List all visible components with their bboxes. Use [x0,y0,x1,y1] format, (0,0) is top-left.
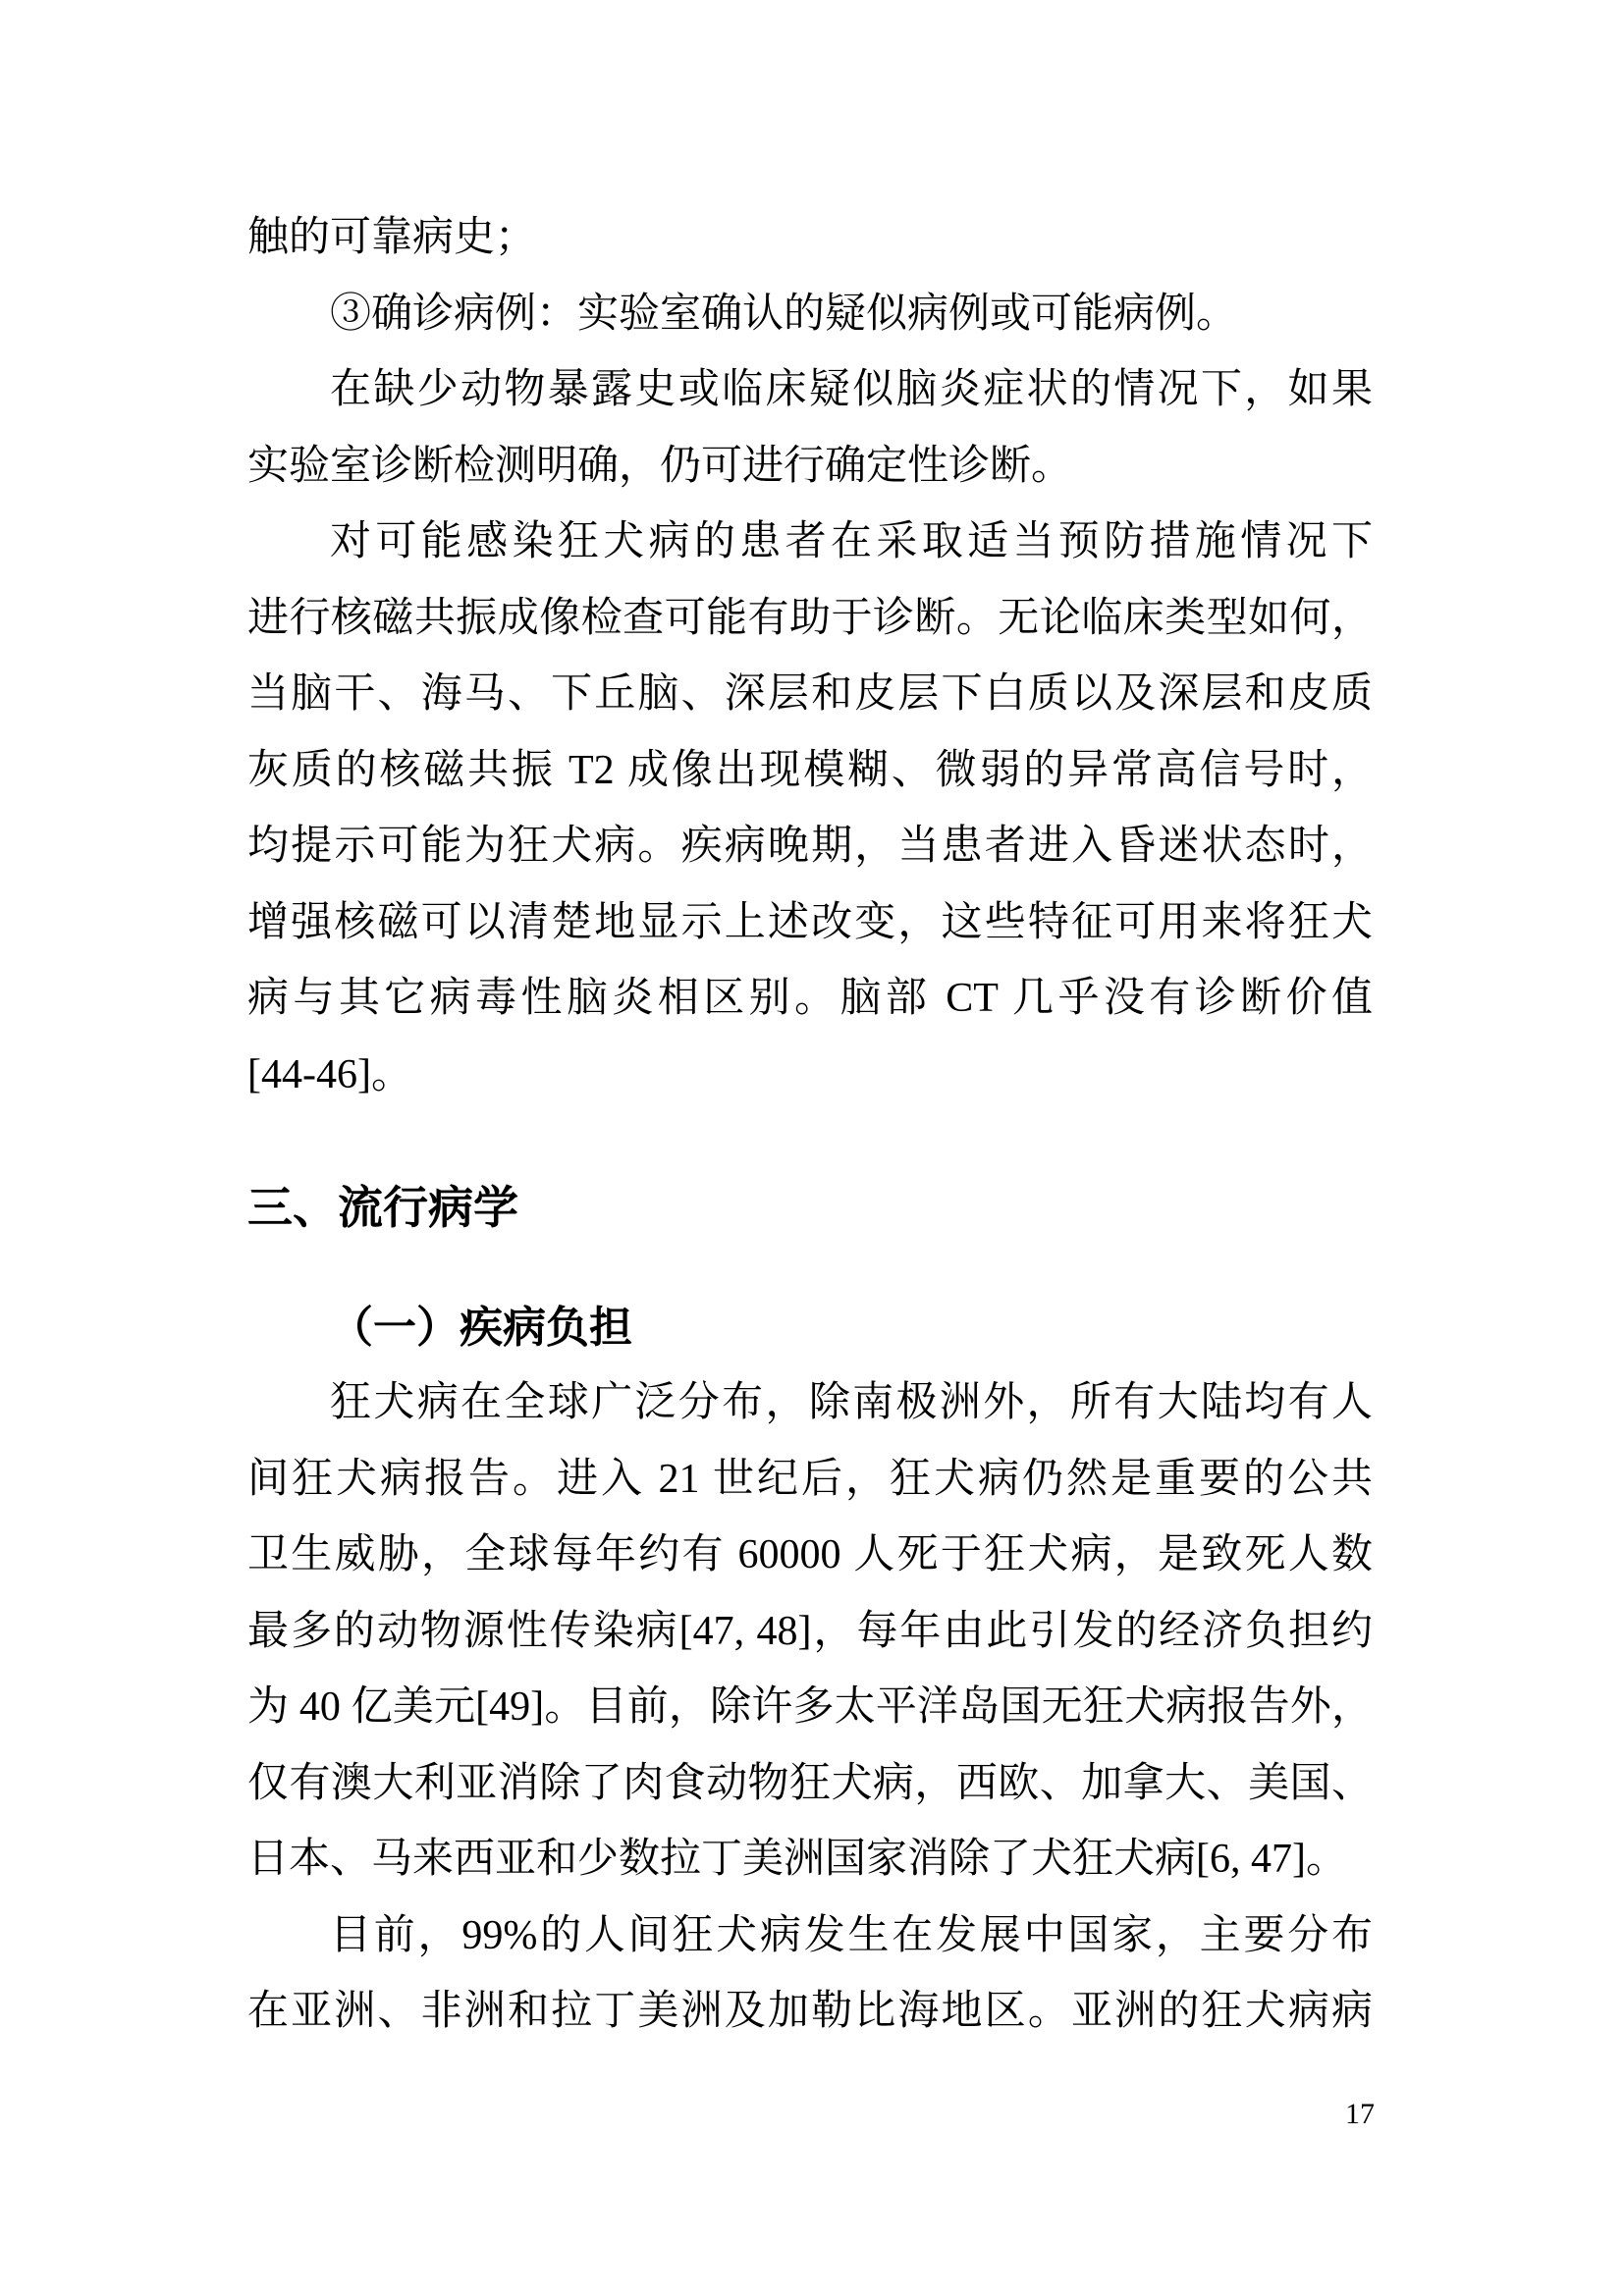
body-line: 灰质的核磁共振 T2 成像出现模糊、微弱的异常高信号时， [247,733,1373,810]
body-line: 日本、马来西亚和少数拉丁美洲国家消除了犬狂犬病[6, 47]。 [247,1822,1373,1898]
body-line: 卫生威胁，全球每年约有 60000 人死于狂犬病，是致死人数 [247,1518,1373,1594]
body-line: 增强核磁可以清楚地显示上述改变，这些特征可用来将狂犬 [247,885,1373,962]
body-line: 间狂犬病报告。进入 21 世纪后，狂犬病仍然是重要的公共 [247,1442,1373,1519]
body-line: 进行核磁共振成像检查可能有助于诊断。无论临床类型如何， [247,581,1373,658]
body-line: 均提示可能为狂犬病。疾病晚期，当患者进入昏迷状态时， [247,809,1373,885]
body-line: 当脑干、海马、下丘脑、深层和皮层下白质以及深层和皮质 [247,657,1373,733]
document-page: 触的可靠病史； ③确诊病例：实验室确认的疑似病例或可能病例。 在缺少动物暴露史或… [0,0,1624,2296]
body-line: 为 40 亿美元[49]。目前，除许多太平洋岛国无狂犬病报告外， [247,1670,1373,1746]
subsection-heading: （一）疾病负担 [247,1290,1373,1366]
body-line: 在缺少动物暴露史或临床疑似脑炎症状的情况下，如果 [247,352,1373,429]
text-block: 触的可靠病史； ③确诊病例：实验室确认的疑似病例或可能病例。 在缺少动物暴露史或… [247,200,1373,2051]
body-line: 对可能感染狂犬病的患者在采取适当预防措施情况下 [247,505,1373,581]
body-line: 狂犬病在全球广泛分布，除南极洲外，所有大陆均有人 [247,1365,1373,1442]
body-line: 仅有澳大利亚消除了肉食动物狂犬病，西欧、加拿大、美国、 [247,1746,1373,1823]
body-line: ③确诊病例：实验室确认的疑似病例或可能病例。 [247,277,1373,353]
body-line: 病与其它病毒性脑炎相区别。脑部 CT 几乎没有诊断价值 [247,961,1373,1038]
page-number: 17 [1345,2099,1375,2130]
body-line: 触的可靠病史； [247,200,1373,277]
body-line: 实验室诊断检测明确，仍可进行确定性诊断。 [247,429,1373,506]
body-line: 最多的动物源性传染病[47, 48]，每年由此引发的经济负担约 [247,1594,1373,1671]
body-line: 在亚洲、非洲和拉丁美洲及加勒比海地区。亚洲的狂犬病病 [247,1974,1373,2051]
body-line: [44-46]。 [247,1038,1373,1114]
section-heading: 三、流行病学 [247,1170,1373,1247]
body-line: 目前，99%的人间狂犬病发生在发展中国家，主要分布 [247,1898,1373,1975]
